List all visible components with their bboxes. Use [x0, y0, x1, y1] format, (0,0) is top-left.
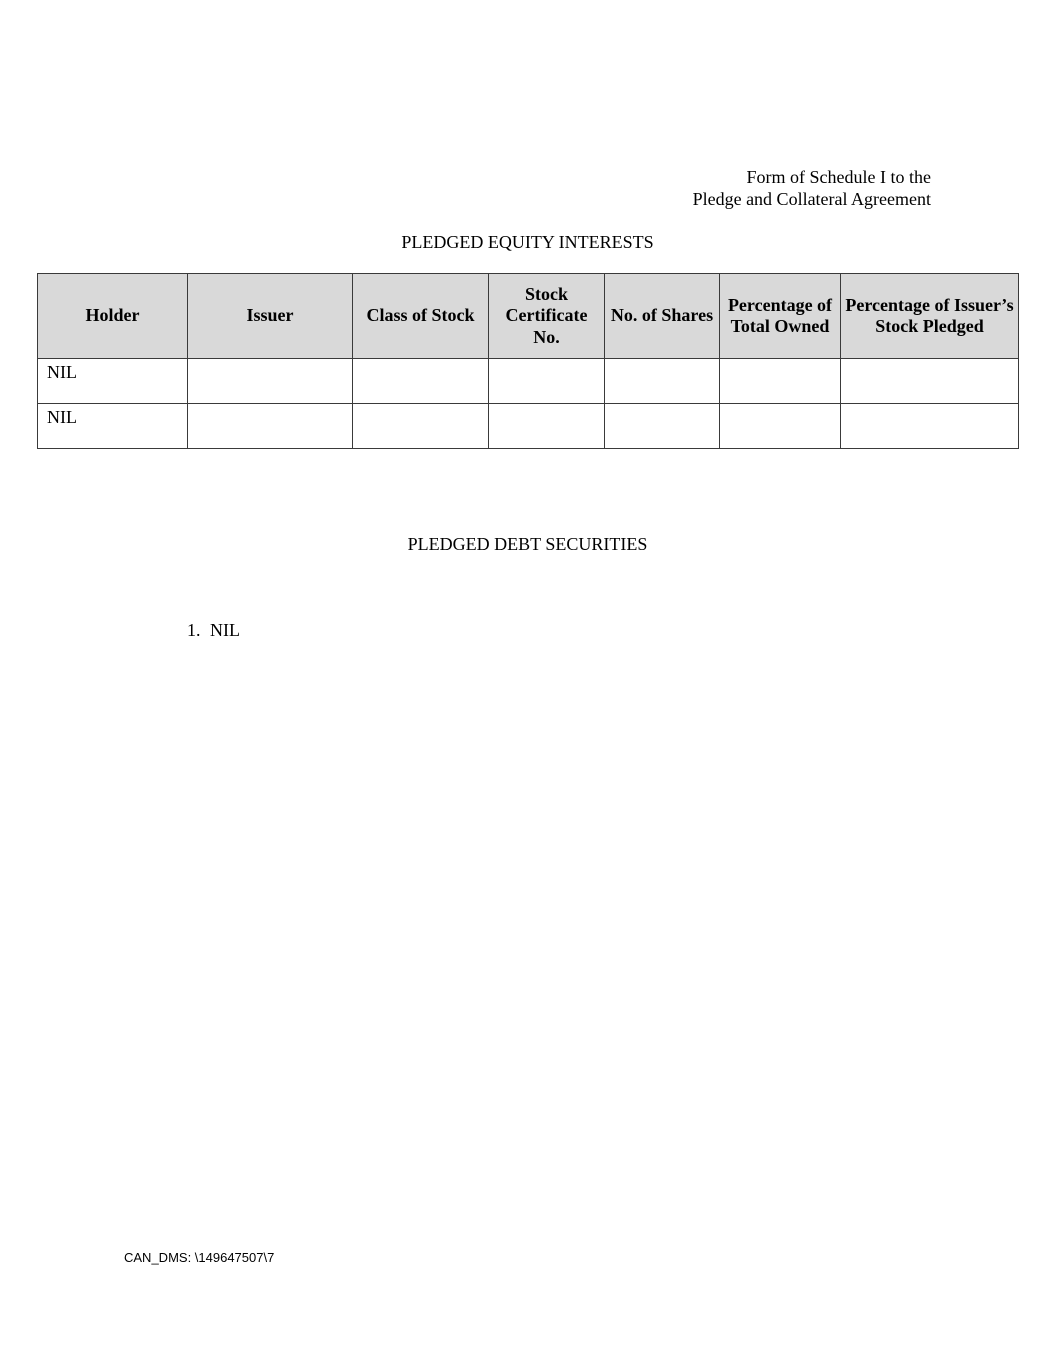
- list-item-number: 1.: [187, 619, 210, 641]
- caption-line-1: Form of Schedule I to the: [693, 166, 931, 188]
- table-row: NIL: [38, 404, 1019, 449]
- table-cell: [188, 359, 353, 404]
- column-header-no-of-shares: No. of Shares: [605, 274, 720, 359]
- table-cell: [720, 404, 841, 449]
- table-row: NIL: [38, 359, 1019, 404]
- table-header-row: Holder Issuer Class of Stock Stock Certi…: [38, 274, 1019, 359]
- debt-section-title: PLEDGED DEBT SECURITIES: [0, 533, 1055, 555]
- table-cell: [605, 404, 720, 449]
- column-header-percentage-total-owned: Percentage of Total Owned: [720, 274, 841, 359]
- table-cell: NIL: [38, 359, 188, 404]
- table-cell: NIL: [38, 404, 188, 449]
- column-header-class-of-stock: Class of Stock: [353, 274, 489, 359]
- table-cell: [841, 404, 1019, 449]
- column-header-issuer: Issuer: [188, 274, 353, 359]
- table-cell: [489, 404, 605, 449]
- equity-section-title: PLEDGED EQUITY INTERESTS: [0, 231, 1055, 253]
- table-cell: [720, 359, 841, 404]
- table-cell: [188, 404, 353, 449]
- debt-list-item: 1.NIL: [187, 619, 240, 641]
- schedule-caption: Form of Schedule I to the Pledge and Col…: [693, 166, 931, 210]
- column-header-stock-certificate-no: Stock Certificate No.: [489, 274, 605, 359]
- table-cell: [353, 404, 489, 449]
- table-cell: [489, 359, 605, 404]
- table-cell: [841, 359, 1019, 404]
- caption-line-2: Pledge and Collateral Agreement: [693, 188, 931, 210]
- table-cell: [353, 359, 489, 404]
- document-id-footer: CAN_DMS: \149647507\7: [124, 1250, 274, 1266]
- column-header-holder: Holder: [38, 274, 188, 359]
- list-item-text: NIL: [210, 620, 240, 640]
- table-cell: [605, 359, 720, 404]
- pledged-equity-table: Holder Issuer Class of Stock Stock Certi…: [37, 273, 1019, 449]
- document-page: Form of Schedule I to the Pledge and Col…: [0, 0, 1055, 1365]
- column-header-percentage-pledged: Percentage of Issuer’s Stock Pledged: [841, 274, 1019, 359]
